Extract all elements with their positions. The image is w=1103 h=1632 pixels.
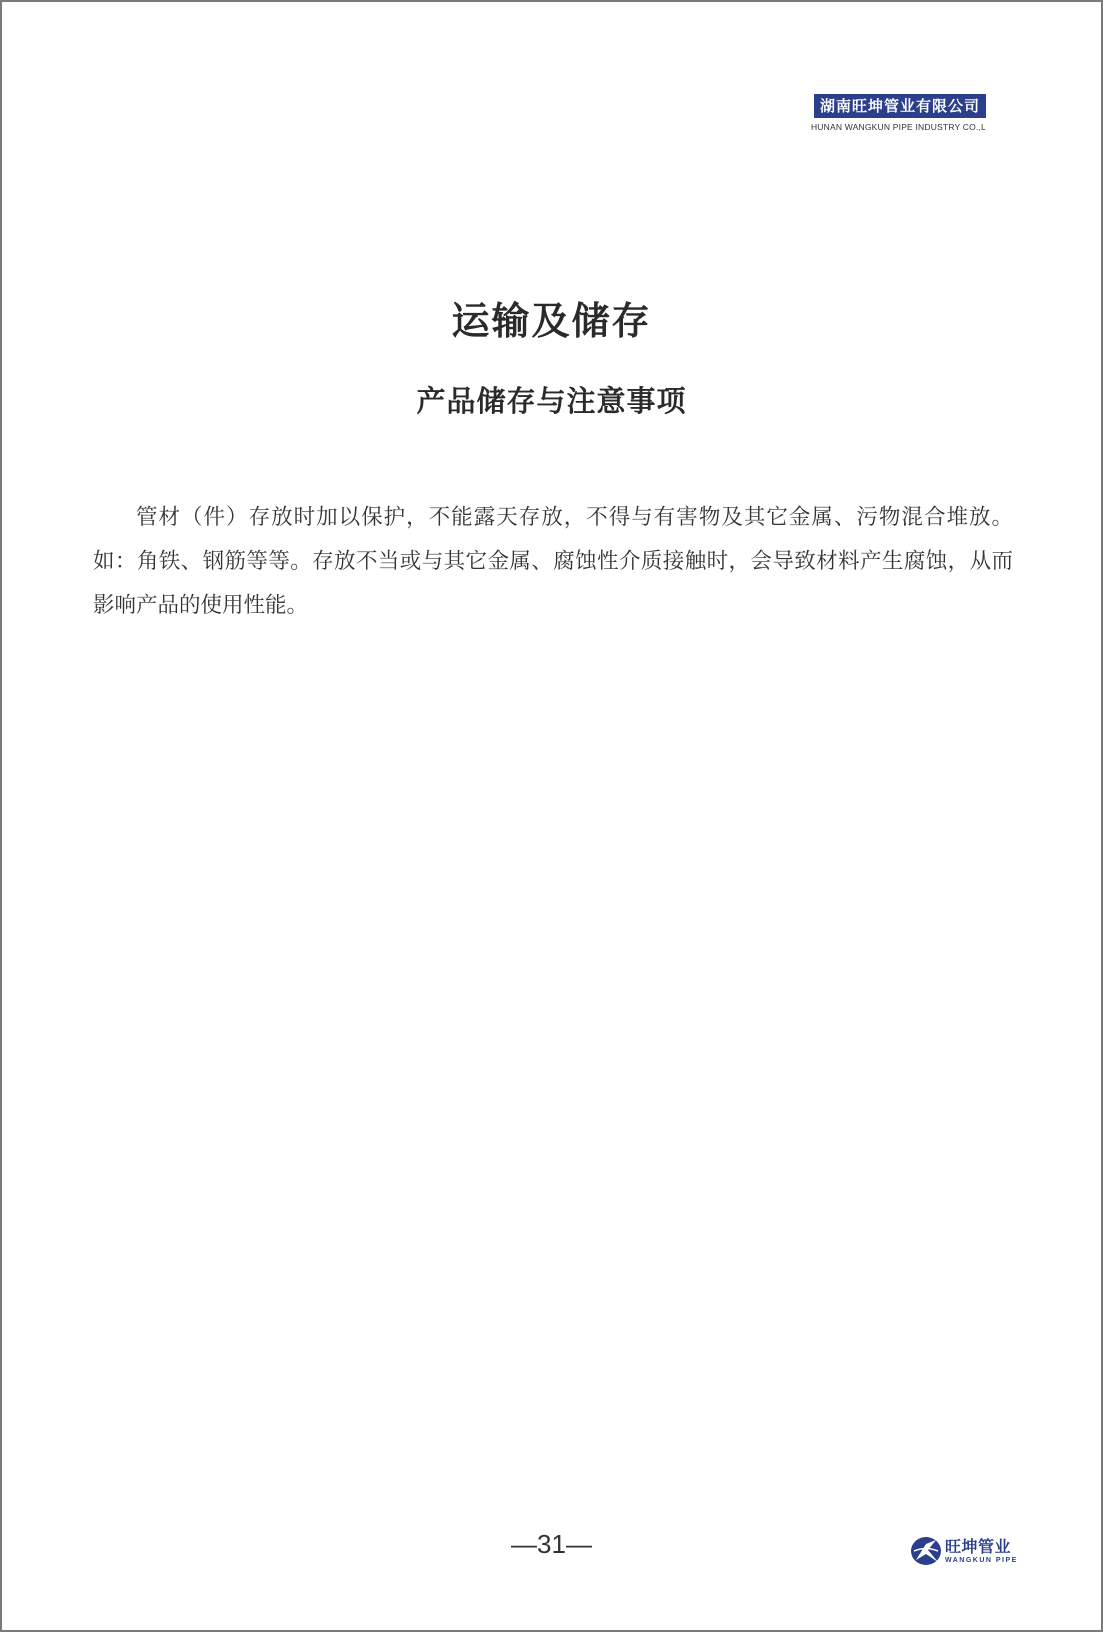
company-name-cn: 湖南旺坤管业有限公司 xyxy=(814,94,986,118)
page-title: 运输及储存 xyxy=(2,290,1101,345)
logo-text-en: WANGKUN PIPE xyxy=(945,1556,1018,1565)
document-page: 湖南旺坤管业有限公司 HUNAN WANGKUN PIPE INDUSTRY C… xyxy=(0,0,1103,1632)
wangkun-logo-icon xyxy=(910,1536,942,1566)
body-paragraph: 管材（件）存放时加以保护，不能露天存放，不得与有害物及其它金属、污物混合堆放。如… xyxy=(93,496,1013,628)
company-name-en: HUNAN WANGKUN PIPE INDUSTRY CO.,L xyxy=(811,122,986,132)
footer-logo: 旺坤管业 WANGKUN PIPE xyxy=(910,1536,1018,1566)
section-subtitle: 产品储存与注意事项 xyxy=(2,379,1101,420)
logo-text-cn: 旺坤管业 xyxy=(945,1538,1018,1556)
company-header: 湖南旺坤管业有限公司 HUNAN WANGKUN PIPE INDUSTRY C… xyxy=(790,94,986,132)
